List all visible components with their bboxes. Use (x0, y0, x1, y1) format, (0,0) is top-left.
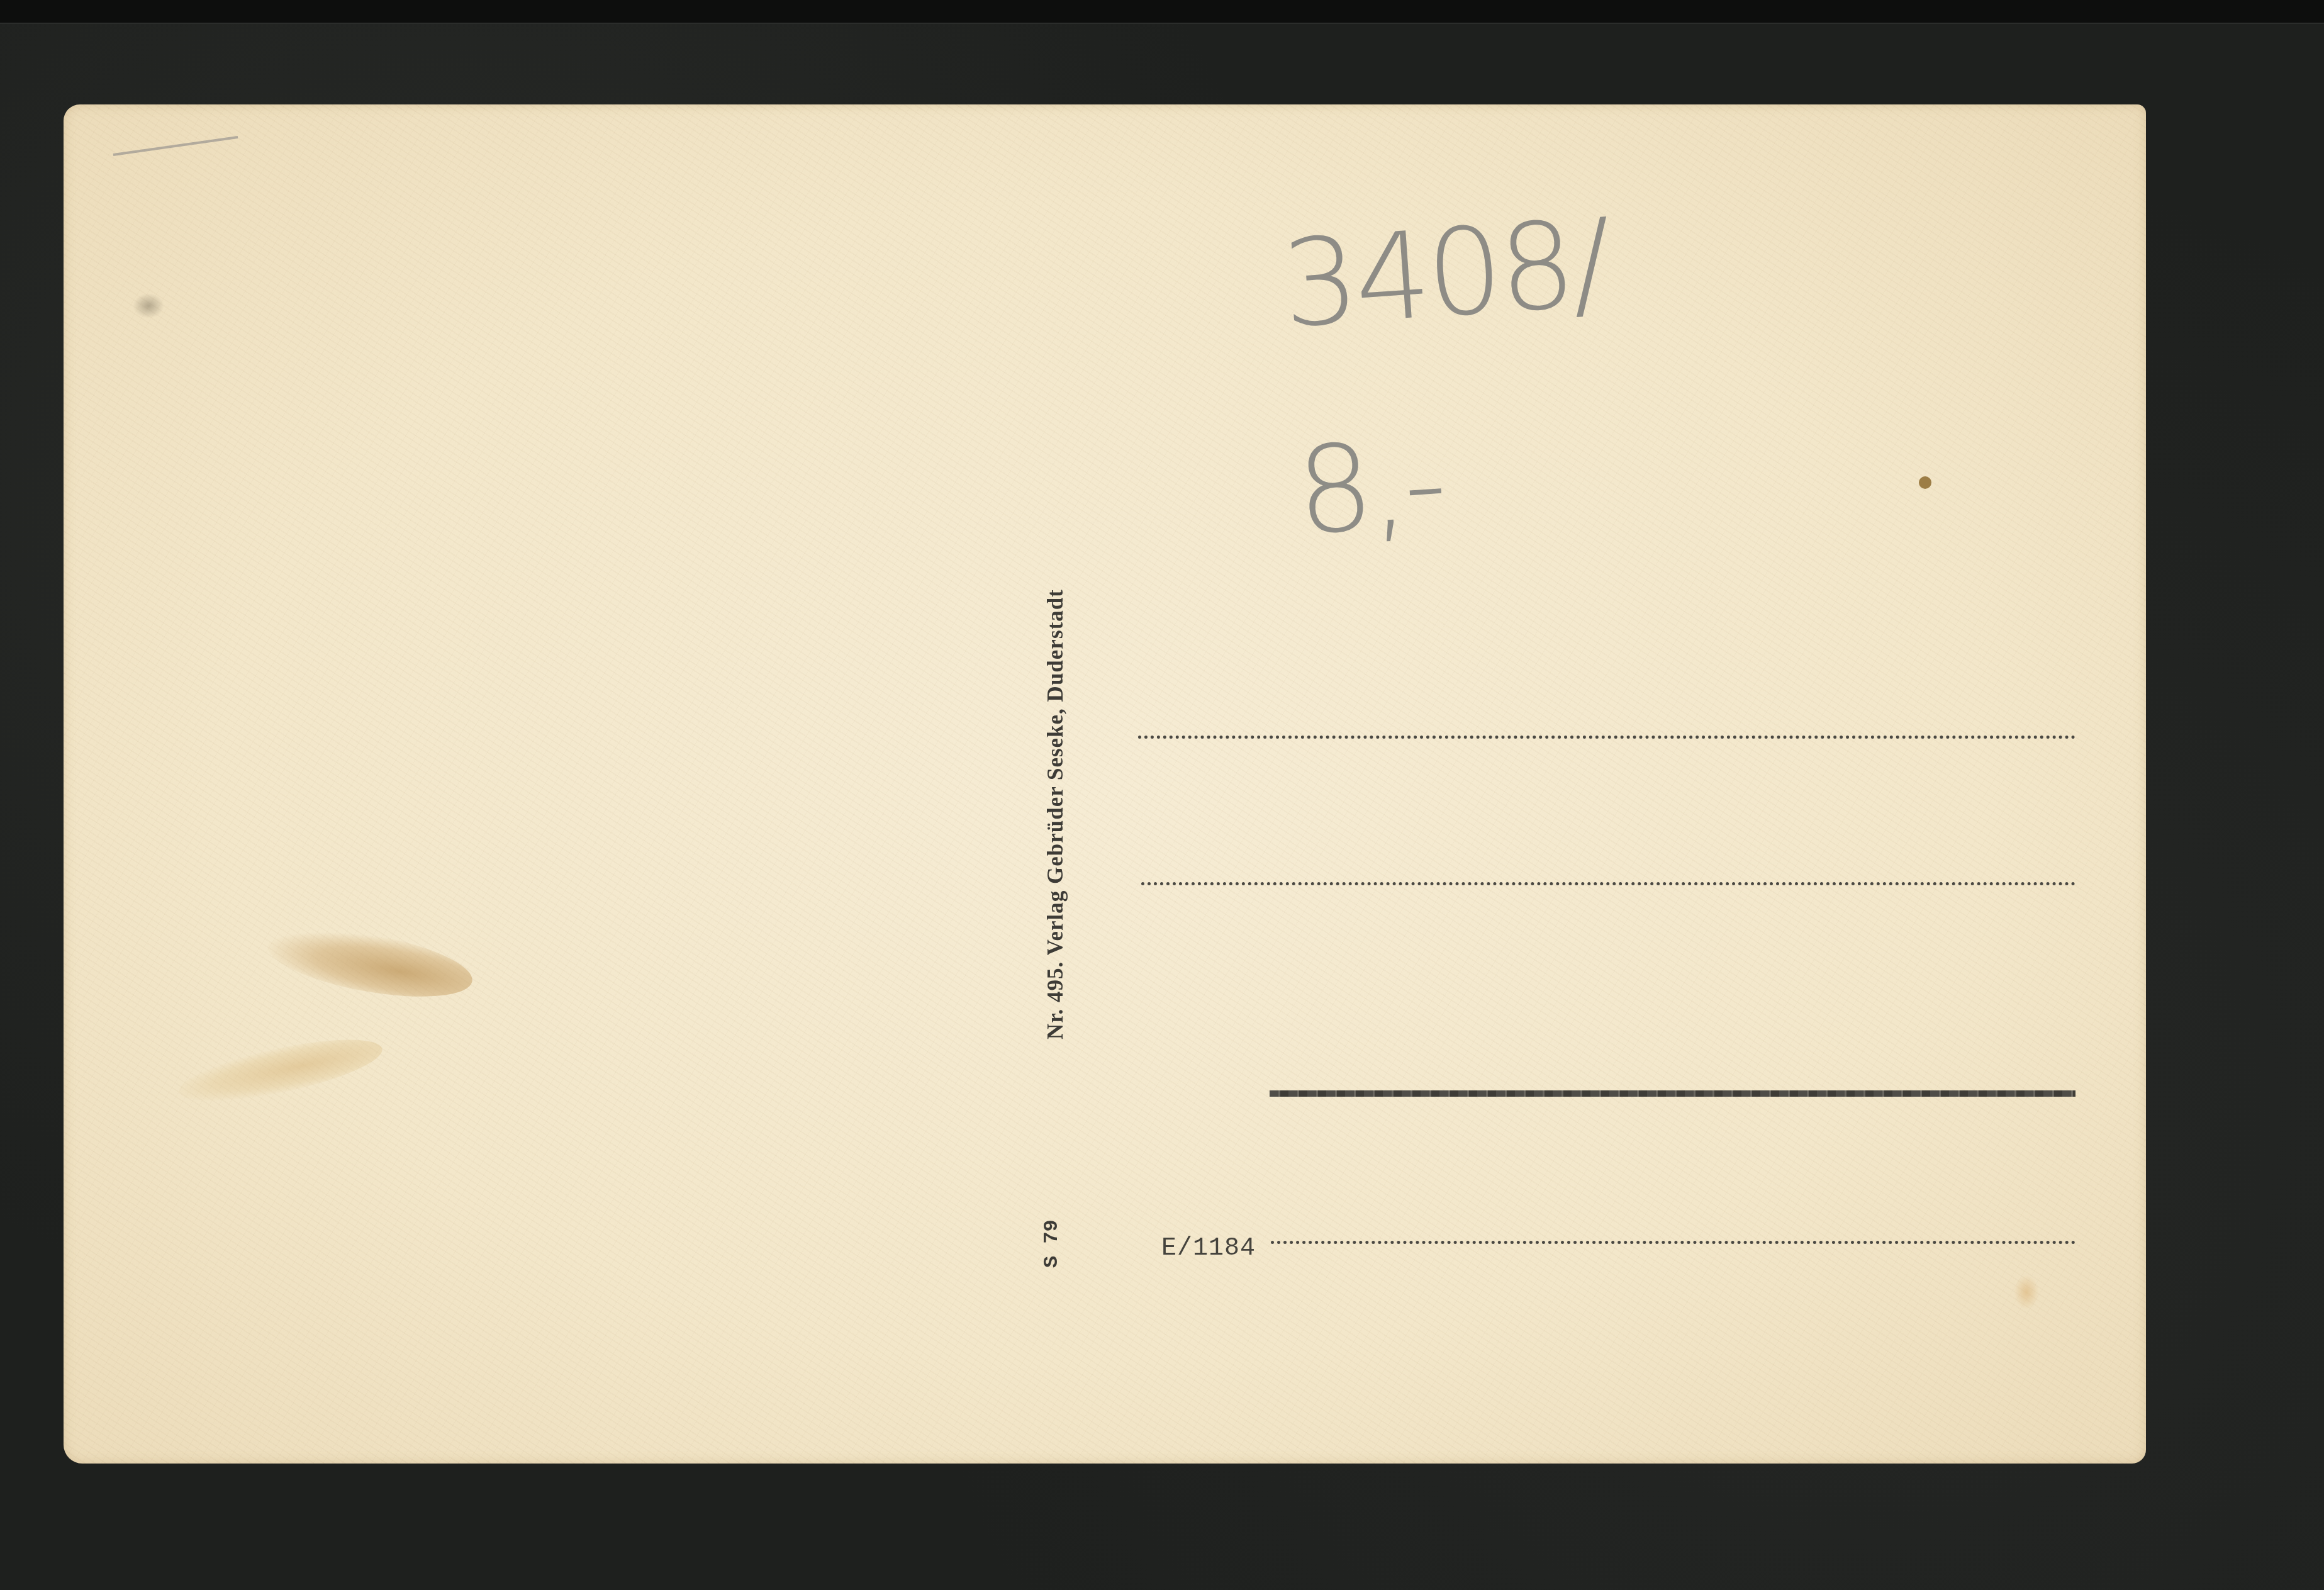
pencil-mark (113, 136, 238, 156)
series-code: S 79 (1040, 1205, 1060, 1268)
stain (2014, 1275, 2039, 1309)
address-line-2 (1141, 882, 2075, 885)
handwritten-inventory-note: 3408/ 8,- (1275, 154, 1697, 389)
stain (174, 1027, 386, 1113)
postcard: 3408/ 8,- Nr. 495. Verlag Gebrüder Sesek… (64, 104, 2146, 1464)
address-line-4 (1271, 1241, 2075, 1244)
stain (263, 917, 478, 1009)
smudge-mark (133, 293, 164, 318)
scanner-edge (0, 0, 2324, 24)
speck (1919, 476, 1931, 489)
publisher-imprint: Nr. 495. Verlag Gebrüder Seseke, Duderst… (1043, 372, 1064, 1039)
address-line-1 (1138, 736, 2075, 739)
address-line-3-solid (1270, 1090, 2075, 1097)
print-code: E/1184 (1161, 1234, 1256, 1263)
